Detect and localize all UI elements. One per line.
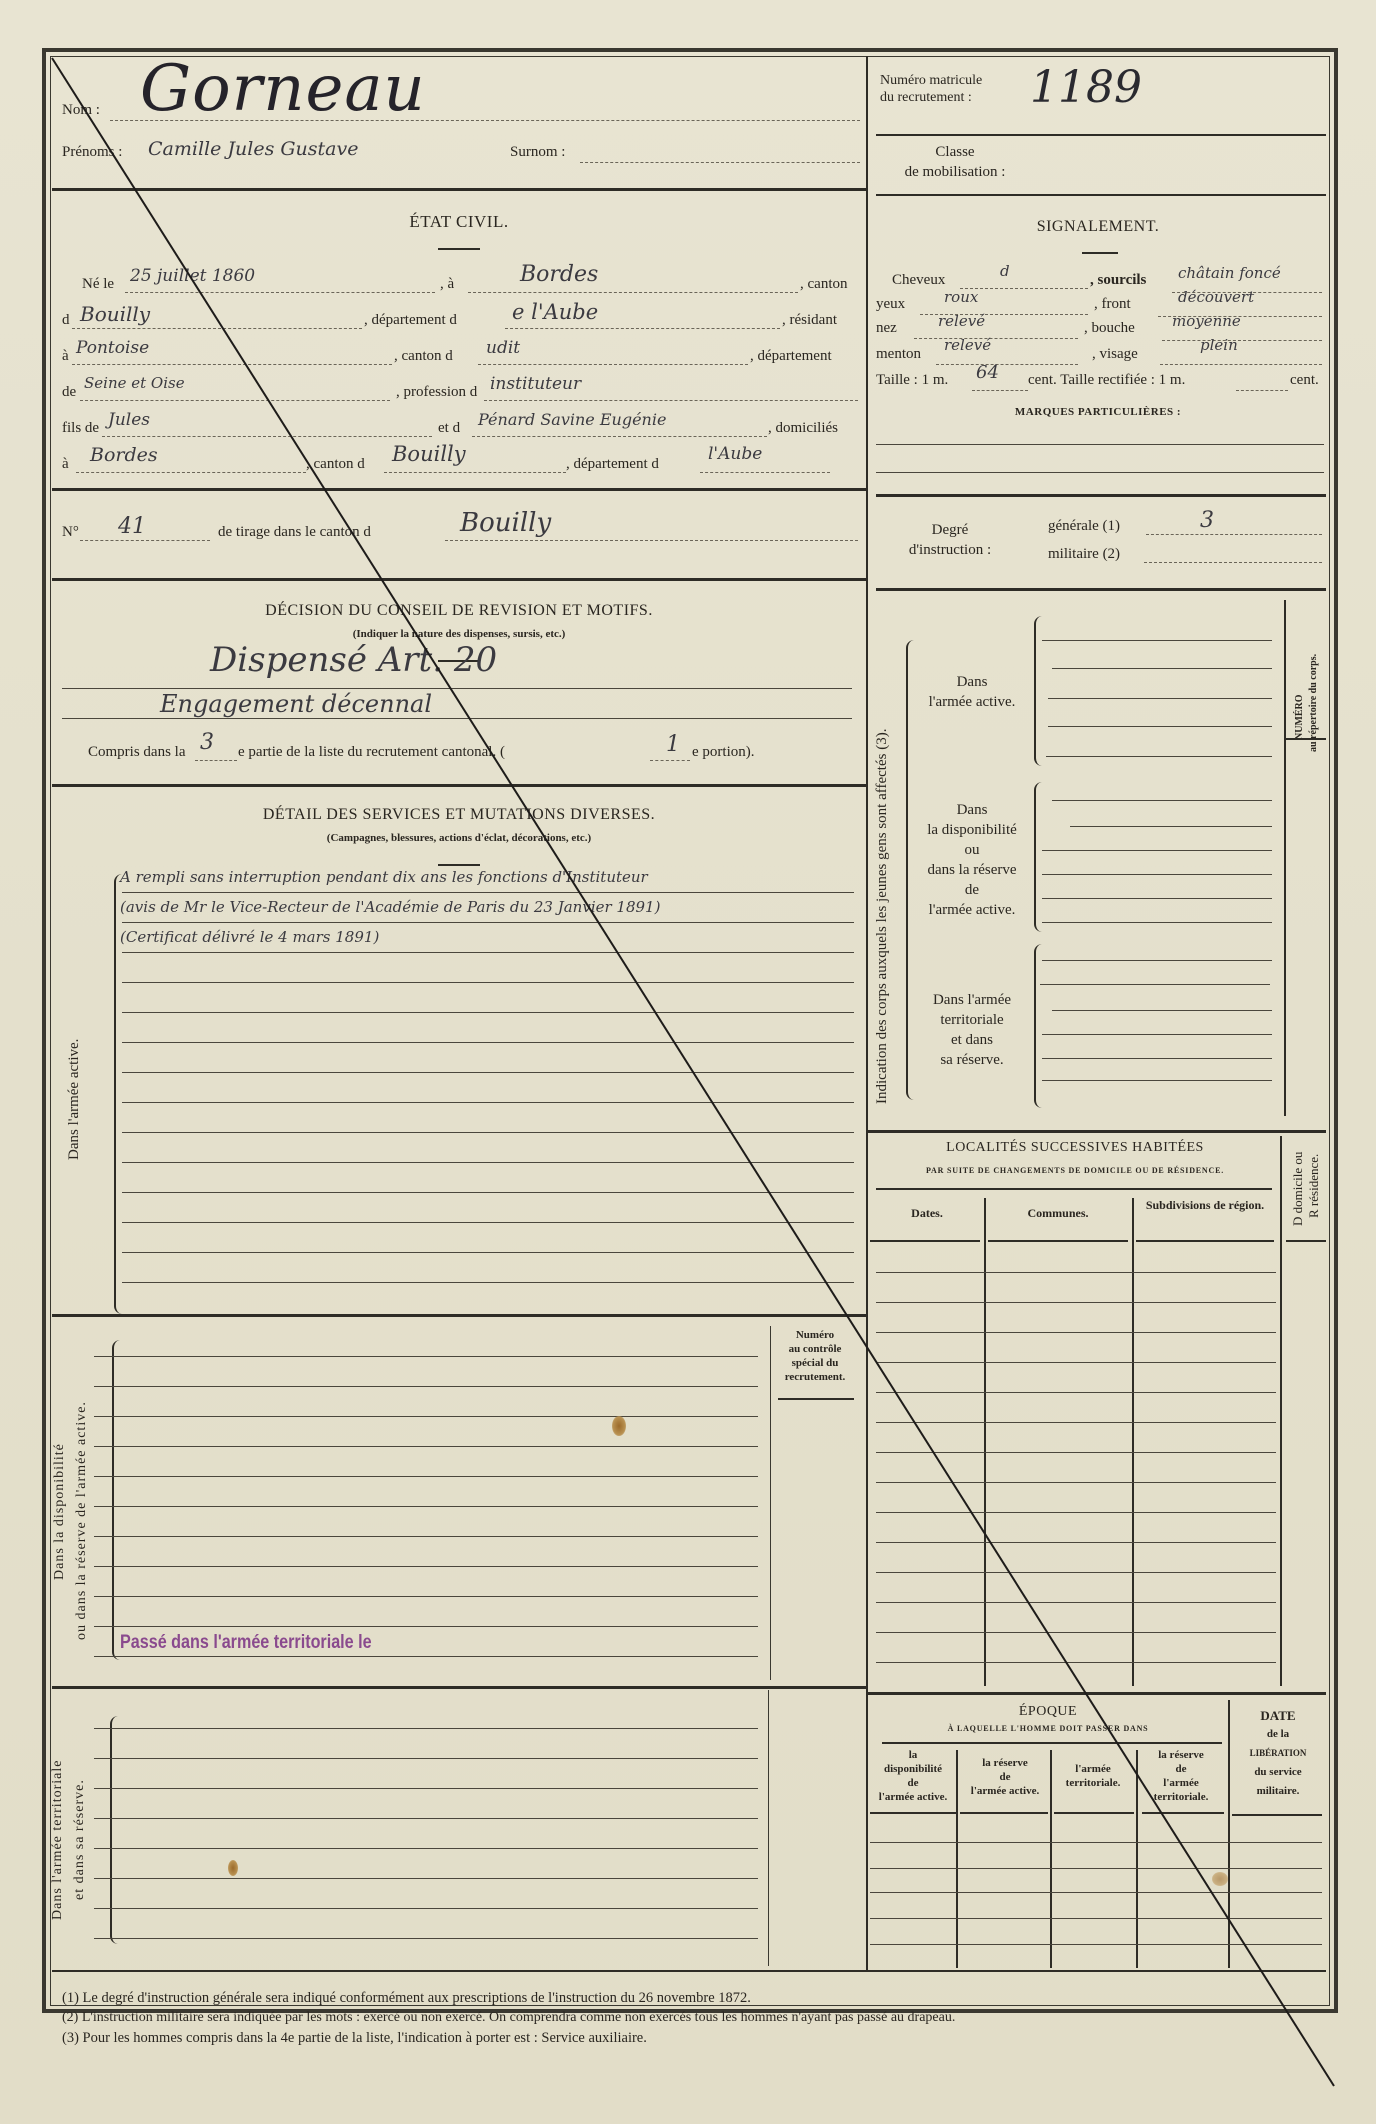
portion-text: e portion). xyxy=(692,744,754,761)
ep3-2: territoriale. xyxy=(1052,1776,1134,1790)
ne-le-value: 25 juillet 1860 xyxy=(130,266,255,286)
rule-line xyxy=(870,1842,1322,1843)
instruction-label: Degré d'instruction : xyxy=(880,520,1020,560)
divider xyxy=(1286,738,1326,740)
tirage-no-label: N° xyxy=(62,524,79,541)
profession-value: instituteur xyxy=(490,374,581,394)
field-line xyxy=(195,760,237,761)
ep4-2: de xyxy=(1138,1762,1224,1776)
rule-line xyxy=(122,1282,854,1283)
stain xyxy=(1212,1872,1228,1886)
rule-line xyxy=(122,1102,854,1103)
divider xyxy=(866,1692,1326,1695)
divider xyxy=(876,588,1326,591)
rule-line xyxy=(1052,1010,1272,1011)
divider xyxy=(52,188,866,191)
rule-line xyxy=(94,1788,758,1789)
classe-label-1: Classe xyxy=(880,142,1030,162)
col-divider xyxy=(1136,1750,1138,1968)
residant-label: , résidant xyxy=(782,312,837,329)
numero-divider xyxy=(1284,600,1286,1116)
epoque-title: ÉPOQUE xyxy=(868,1704,1228,1720)
rule-line xyxy=(94,1848,758,1849)
rule-line xyxy=(62,718,852,719)
rule-line xyxy=(94,1818,758,1819)
tirage-canton-value: Bouilly xyxy=(460,508,551,538)
rule-line xyxy=(876,1632,1276,1633)
rule-line xyxy=(94,1416,758,1417)
side-label-terr-1: Dans l'armée territoriale xyxy=(50,1760,66,1920)
classe-label: Classe de mobilisation : xyxy=(880,142,1030,182)
col-divider xyxy=(956,1750,958,1968)
ne-le-label: Né le xyxy=(82,276,114,293)
rule-line xyxy=(1042,874,1272,875)
rule-line xyxy=(870,1868,1322,1869)
et-label: et d xyxy=(438,420,460,437)
militaire-label: militaire (2) xyxy=(1048,546,1120,563)
lieu-naissance-value: Bordes xyxy=(520,262,598,287)
brace xyxy=(112,1340,120,1660)
yeux-label: yeux xyxy=(876,296,905,313)
side-label-dispo-2: ou dans la réserve de l'armée active. xyxy=(74,1401,90,1640)
field-line xyxy=(936,364,1078,365)
col-divider xyxy=(1050,1750,1052,1968)
divider xyxy=(988,1240,1128,1242)
corps-g2-2: la disponibilité xyxy=(912,820,1032,840)
corps-g1-2: l'armée active. xyxy=(912,692,1032,712)
localites-title: LOCALITÉS SUCCESSIVES HABITÉES xyxy=(868,1140,1282,1156)
divider xyxy=(876,1188,1272,1190)
footnote-2: (2) L'instruction militaire sera indiqué… xyxy=(62,2010,955,2026)
front-label: , front xyxy=(1094,296,1131,313)
tirage-text: de tirage dans le canton d xyxy=(218,524,371,541)
rule-line xyxy=(1042,960,1272,961)
taille-cent-label: cent. Taille rectifiée : 1 m. xyxy=(1028,372,1185,389)
divider xyxy=(1232,1814,1322,1816)
rule-line xyxy=(94,1446,758,1447)
field-line xyxy=(972,390,1028,391)
decision-line-2: Engagement décennal xyxy=(160,690,432,718)
generale-label: générale (1) xyxy=(1048,518,1120,535)
divider xyxy=(778,1398,854,1400)
rule-line xyxy=(122,1132,854,1133)
rule-line xyxy=(94,1626,758,1627)
brace xyxy=(1034,944,1042,1108)
divider xyxy=(52,1970,1326,1972)
field-line xyxy=(700,472,830,473)
ep1-3: de xyxy=(866,1776,960,1790)
rule-line xyxy=(1052,668,1272,669)
ep4-4: territoriale. xyxy=(1138,1790,1224,1804)
ep1-2: disponibilité xyxy=(866,1762,960,1776)
side-label-dispo-1: Dans la disponibilité xyxy=(52,1443,68,1580)
instruction-label-1: Degré xyxy=(880,520,1020,540)
rule-line xyxy=(876,1662,1276,1663)
rule-line xyxy=(876,1602,1276,1603)
menton-label: menton xyxy=(876,346,921,363)
divider xyxy=(870,1812,956,1814)
visage-label: , visage xyxy=(1092,346,1138,363)
nc-1: Numéro xyxy=(772,1328,858,1342)
title-dash xyxy=(438,864,480,866)
cheveux-label: Cheveux xyxy=(892,272,945,289)
ep2-1: la réserve xyxy=(958,1756,1052,1770)
matricule-label-2: du recrutement : xyxy=(880,89,982,106)
footnote-1: (1) Le degré d'instruction générale sera… xyxy=(62,1990,751,2007)
rule-line xyxy=(876,1542,1276,1543)
liberation-col: DATE de la LIBÉRATION du service militai… xyxy=(1230,1706,1326,1801)
corps-g2-5: de xyxy=(912,880,1032,900)
generale-value: 3 xyxy=(1200,508,1214,533)
matricule-label-1: Numéro matricule xyxy=(880,72,982,89)
departement-value: e l'Aube xyxy=(512,300,598,324)
rule-line xyxy=(122,892,854,893)
divider xyxy=(882,1742,1222,1744)
decision-title: DÉCISION DU CONSEIL DE REVISION ET MOTIF… xyxy=(52,602,866,620)
portion-value: 1 xyxy=(666,732,680,757)
nom-line xyxy=(110,120,860,121)
rule-line xyxy=(122,1162,854,1163)
rule-line xyxy=(876,1362,1276,1363)
field-line xyxy=(505,328,780,329)
rule-line xyxy=(1042,898,1272,899)
rule-line xyxy=(122,922,854,923)
divider xyxy=(52,1314,866,1317)
corps-g2-1: Dans xyxy=(912,800,1032,820)
rule-line xyxy=(876,1302,1276,1303)
partie-value: 3 xyxy=(200,730,214,755)
epoque-subtitle: À LAQUELLE L'HOMME DOIT PASSER DANS xyxy=(868,1724,1228,1733)
rule-line xyxy=(94,1566,758,1567)
rule-line xyxy=(1042,1058,1272,1059)
nc-3: spécial du xyxy=(772,1356,858,1370)
classe-label-2: de mobilisation : xyxy=(880,162,1030,182)
nez-label: nez xyxy=(876,320,897,337)
rule-line xyxy=(94,1728,758,1729)
rule-line xyxy=(94,1536,758,1537)
departement2-value: Seine et Oise xyxy=(84,374,185,392)
corps-group-dispo: Dans la disponibilité ou dans la réserve… xyxy=(912,800,1032,920)
field-line xyxy=(125,292,435,293)
domicile-label-2: R résidence. xyxy=(1306,1154,1322,1218)
rule-line xyxy=(876,472,1324,473)
numero-label-1: NUMÉRO xyxy=(1294,694,1305,740)
mere-value: Pénard Savine Eugénie xyxy=(478,410,666,429)
epoque-col-1: la disponibilité de l'armée active. xyxy=(866,1748,960,1804)
rule-line xyxy=(62,688,852,689)
epoque-col-3: l'armée territoriale. xyxy=(1052,1762,1134,1790)
taille-value: 64 xyxy=(976,362,999,383)
a2-label: à xyxy=(62,348,69,365)
ep4-3: l'armée xyxy=(1138,1776,1224,1790)
rule-line xyxy=(870,1944,1322,1945)
departement3-label: , département d xyxy=(566,456,659,473)
rule-line xyxy=(1040,984,1270,985)
col-divider xyxy=(1228,1700,1230,1968)
rule-line xyxy=(94,1356,758,1357)
rule-line xyxy=(122,1222,854,1223)
rule-line xyxy=(1042,1080,1272,1081)
bouche-label: , bouche xyxy=(1084,320,1135,337)
ep4-1: la réserve xyxy=(1138,1748,1224,1762)
rule-line xyxy=(1042,922,1272,923)
field-line xyxy=(1162,340,1322,341)
field-line xyxy=(102,436,432,437)
profession-label: , profession d xyxy=(396,384,477,401)
field-line xyxy=(72,364,392,365)
stain xyxy=(612,1416,626,1436)
numero-controle-label: Numéro au contrôle spécial du recrutemen… xyxy=(772,1328,858,1384)
corps-g1-1: Dans xyxy=(912,672,1032,692)
departement3-value: l'Aube xyxy=(708,444,762,464)
fils-label: fils de xyxy=(62,420,99,437)
nc-2: au contrôle xyxy=(772,1342,858,1356)
brace xyxy=(110,1716,118,1944)
rule-line xyxy=(1046,756,1272,757)
ep1-1: la xyxy=(866,1748,960,1762)
pere-value: Jules xyxy=(108,410,150,430)
divider xyxy=(870,1240,980,1242)
rule-line xyxy=(122,982,854,983)
rule-line xyxy=(1048,698,1272,699)
service-entry-2: (avis de Mr le Vice-Recteur de l'Académi… xyxy=(120,898,660,916)
rule-line xyxy=(94,1596,758,1597)
rule-line xyxy=(1070,826,1272,827)
rule-line xyxy=(876,1422,1276,1423)
rule-line xyxy=(94,1386,758,1387)
divider xyxy=(52,1686,866,1689)
corps-g3-3: et dans xyxy=(912,1030,1032,1050)
rule-line xyxy=(94,1476,758,1477)
localites-subtitle: PAR SUITE DE CHANGEMENTS DE DOMICILE OU … xyxy=(868,1166,1282,1175)
instruction-label-2: d'instruction : xyxy=(880,540,1020,560)
ep3-1: l'armée xyxy=(1052,1762,1134,1776)
column-divider xyxy=(866,56,868,1970)
decision-line-1: Dispensé Art. 20 xyxy=(210,640,497,680)
a-label: , à xyxy=(440,276,454,293)
matricule-value: 1189 xyxy=(1030,62,1142,113)
canton3-label: , canton d xyxy=(306,456,365,473)
title-dash xyxy=(438,248,480,250)
divider xyxy=(876,134,1326,136)
rule-line xyxy=(94,1656,758,1657)
col-dates: Dates. xyxy=(872,1206,982,1221)
domicilies-label: , domiciliés xyxy=(768,420,838,437)
services-subtitle: (Campagnes, blessures, actions d'éclat, … xyxy=(52,832,866,844)
field-line xyxy=(445,540,858,541)
bouche-value: moyenne xyxy=(1172,312,1241,330)
canton-label: , canton xyxy=(800,276,847,293)
visage-value: plein xyxy=(1200,336,1238,354)
surnom-label: Surnom : xyxy=(510,144,565,161)
domicile-label-1: D domicile ou xyxy=(1290,1152,1306,1226)
divider xyxy=(876,494,1326,497)
rule-line xyxy=(122,1042,854,1043)
field-line xyxy=(650,760,690,761)
title-dash xyxy=(1082,252,1118,254)
corps-g3-2: territoriale xyxy=(912,1010,1032,1030)
taille-cent2-label: cent. xyxy=(1290,372,1319,389)
d-label: d xyxy=(62,312,70,329)
brace xyxy=(1034,616,1042,766)
rule-line xyxy=(870,1918,1322,1919)
surnom-line xyxy=(580,162,860,163)
register-page: Gorneau Nom : Prénoms : Camille Jules Gu… xyxy=(0,0,1376,2124)
front-value: découvert xyxy=(1178,288,1254,306)
divider xyxy=(52,578,866,581)
rule-line xyxy=(122,952,854,953)
ep2-3: l'armée active. xyxy=(958,1784,1052,1798)
footnote-3: (3) Pour les hommes compris dans la 4e p… xyxy=(62,2030,647,2047)
canton-value: Bouilly xyxy=(80,302,150,326)
field-line xyxy=(478,364,748,365)
divider xyxy=(866,1130,1326,1133)
field-line xyxy=(960,288,1088,289)
nom-value: Gorneau xyxy=(140,52,426,126)
field-line xyxy=(484,400,858,401)
domicile-value: Bordes xyxy=(90,444,158,466)
cheveux-value: d xyxy=(1000,262,1010,280)
rule-line xyxy=(1042,850,1272,851)
rule-line xyxy=(94,1938,758,1939)
canton2-label: , canton d xyxy=(394,348,453,365)
field-line xyxy=(80,400,390,401)
field-line xyxy=(468,292,798,293)
canton2-value: udit xyxy=(486,338,520,358)
corps-g2-3: ou xyxy=(912,840,1032,860)
canton3-value: Bouilly xyxy=(392,442,466,466)
rule-line xyxy=(94,1758,758,1759)
field-line xyxy=(80,540,210,541)
corps-g2-4: dans la réserve xyxy=(912,860,1032,880)
rule-line xyxy=(876,1272,1276,1273)
rule-line xyxy=(122,1012,854,1013)
rule-line xyxy=(876,1332,1276,1333)
side-label-armee-active: Dans l'armée active. xyxy=(66,1039,83,1160)
side-label-terr-2: et dans sa réserve. xyxy=(72,1779,88,1900)
ep1-4: l'armée active. xyxy=(866,1790,960,1804)
territoriale-divider xyxy=(768,1690,769,1966)
rule-line xyxy=(122,1072,854,1073)
rule-line xyxy=(876,1512,1276,1513)
corps-g3-1: Dans l'armée xyxy=(912,990,1032,1010)
departement-label: , département d xyxy=(364,312,457,329)
divider xyxy=(960,1812,1048,1814)
rule-line xyxy=(94,1506,758,1507)
ep2-2: de xyxy=(958,1770,1052,1784)
rule-line xyxy=(876,1392,1276,1393)
rule-line xyxy=(876,1572,1276,1573)
lib-1: DATE xyxy=(1230,1706,1326,1725)
territoriale-stamp: Passé dans l'armée territoriale le xyxy=(120,1632,372,1654)
matricule-label: Numéro matricule du recrutement : xyxy=(880,72,982,106)
rule-line xyxy=(876,444,1324,445)
de-label: de xyxy=(62,384,76,401)
brace xyxy=(1034,782,1042,932)
field-line xyxy=(472,436,767,437)
epoque-col-4: la réserve de l'armée territoriale. xyxy=(1138,1748,1224,1804)
divider xyxy=(52,488,866,491)
decision-subtitle: (Indiquer la nature des dispenses, sursi… xyxy=(52,628,866,640)
rule-line xyxy=(876,1482,1276,1483)
col-communes: Communes. xyxy=(988,1206,1128,1221)
service-entry-3: (Certificat délivré le 4 mars 1891) xyxy=(120,928,379,946)
rule-line xyxy=(1042,1034,1272,1035)
corps-g2-6: l'armée active. xyxy=(912,900,1032,920)
nc-4: recrutement. xyxy=(772,1370,858,1384)
prenoms-value: Camille Jules Gustave xyxy=(148,138,358,160)
rule-line xyxy=(94,1878,758,1879)
residence-value: Pontoise xyxy=(76,338,149,358)
rule-line xyxy=(122,1252,854,1253)
corps-vertical-label: Indication des corps auxquels les jeunes… xyxy=(874,729,891,1104)
field-line xyxy=(914,338,1078,339)
divider xyxy=(1136,1240,1274,1242)
field-line xyxy=(1146,534,1322,535)
divider xyxy=(1054,1812,1134,1814)
field-line xyxy=(72,328,362,329)
au-label: à xyxy=(62,456,69,473)
etat-civil-title: ÉTAT CIVIL. xyxy=(52,212,866,232)
marques-label: MARQUES PARTICULIÈRES : xyxy=(868,406,1328,418)
rule-line xyxy=(876,1452,1276,1453)
controle-divider xyxy=(770,1326,771,1680)
corps-group-terr: Dans l'armée territoriale et dans sa rés… xyxy=(912,990,1032,1070)
epoque-col-2: la réserve de l'armée active. xyxy=(958,1756,1052,1798)
lib-5: militaire. xyxy=(1230,1782,1326,1801)
field-line xyxy=(1160,364,1322,365)
col-divider xyxy=(1280,1136,1282,1686)
prenoms-label: Prénoms : xyxy=(62,144,122,161)
corps-group-active: Dans l'armée active. xyxy=(912,672,1032,712)
compris-label: Compris dans la xyxy=(88,744,186,761)
yeux-value: roux xyxy=(944,288,978,306)
menton-value: relevé xyxy=(944,336,991,354)
taille-label: Taille : 1 m. xyxy=(876,372,948,389)
field-line xyxy=(1144,562,1322,563)
services-title: DÉTAIL DES SERVICES ET MUTATIONS DIVERSE… xyxy=(52,806,866,824)
signalement-title: SIGNALEMENT. xyxy=(868,218,1328,236)
col-subdivisions: Subdivisions de région. xyxy=(1136,1198,1274,1213)
field-line xyxy=(76,472,306,473)
field-line xyxy=(384,472,566,473)
lib-2: de la xyxy=(1230,1725,1326,1744)
rule-line xyxy=(1048,726,1272,727)
sourcils-label: , sourcils xyxy=(1090,272,1146,289)
divider xyxy=(1142,1812,1224,1814)
field-line xyxy=(1236,390,1288,391)
divider xyxy=(1286,1240,1326,1242)
lib-3: LIBÉRATION xyxy=(1230,1744,1326,1763)
tirage-no-value: 41 xyxy=(118,514,146,539)
rule-line xyxy=(1052,800,1272,801)
lib-4: du service xyxy=(1230,1763,1326,1782)
rule-line xyxy=(1042,640,1272,641)
departement2-label: , département xyxy=(750,348,832,365)
stain xyxy=(228,1860,238,1876)
divider xyxy=(52,784,866,787)
nez-value: relevé xyxy=(938,312,985,330)
divider xyxy=(876,194,1326,196)
rule-line xyxy=(94,1908,758,1909)
rule-line xyxy=(122,1192,854,1193)
rule-line xyxy=(870,1892,1322,1893)
sourcils-value: châtain foncé xyxy=(1178,264,1281,282)
service-entry-1: A rempli sans interruption pendant dix a… xyxy=(120,868,648,886)
partie-text: e partie de la liste du recrutement cant… xyxy=(238,744,505,761)
nom-label: Nom : xyxy=(62,102,100,119)
corps-g3-4: sa réserve. xyxy=(912,1050,1032,1070)
